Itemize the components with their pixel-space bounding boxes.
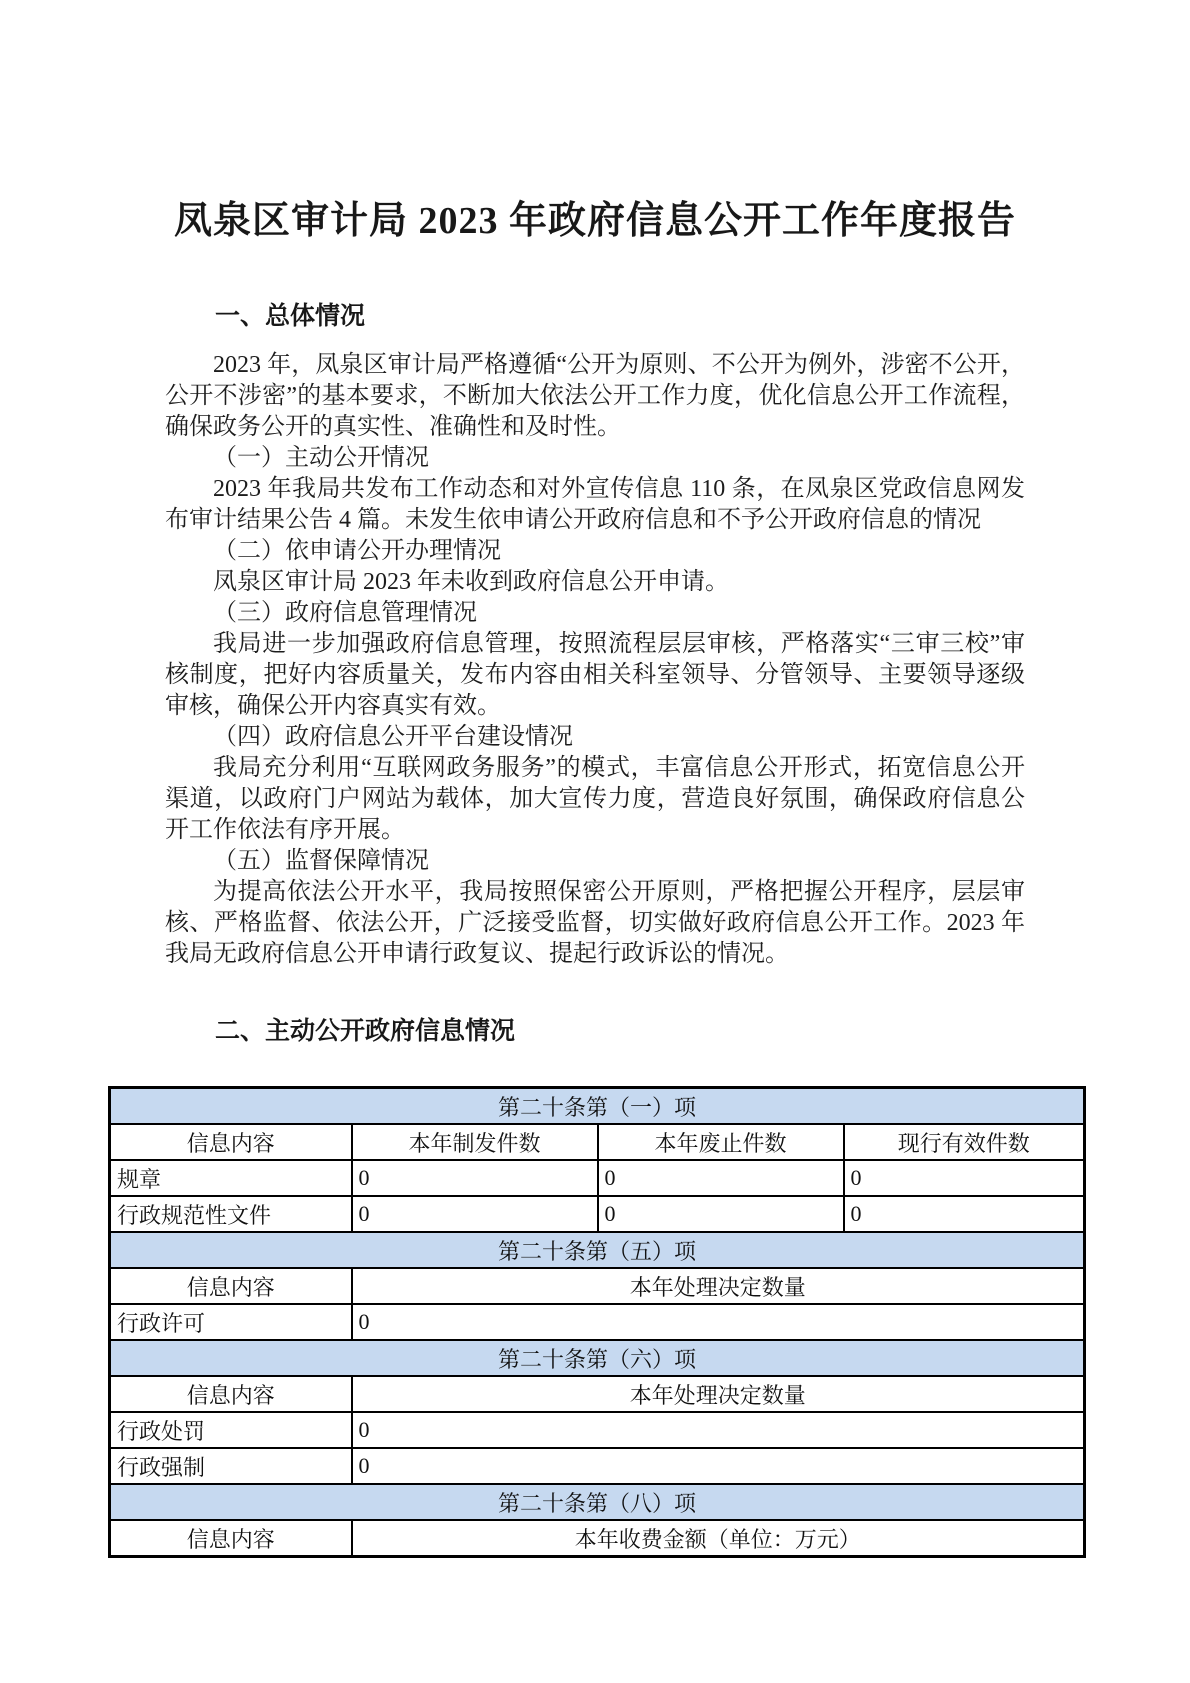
cell-value: 0 bbox=[844, 1196, 1085, 1232]
column-header: 信息内容 bbox=[110, 1376, 352, 1412]
table-band-row: 第二十条第（五）项 bbox=[110, 1232, 1085, 1268]
cell-value: 0 bbox=[598, 1160, 844, 1196]
table-row: 行政规范性文件 0 0 0 bbox=[110, 1196, 1085, 1232]
paragraph-overview-intro: 2023 年，凤泉区审计局严格遵循“公开为原则、不公开为例外，涉密不公开，公开不… bbox=[165, 350, 1025, 443]
cell-value: 0 bbox=[352, 1448, 1085, 1484]
subheading-proactive-disclosure: （一）主动公开情况 bbox=[165, 443, 1025, 474]
subheading-platform-construction: （四）政府信息公开平台建设情况 bbox=[165, 722, 1025, 753]
document-body: 一、总体情况 2023 年，凤泉区审计局严格遵循“公开为原则、不公开为例外，涉密… bbox=[165, 299, 1025, 1048]
cell-value: 0 bbox=[598, 1196, 844, 1232]
table-band-row: 第二十条第（六）项 bbox=[110, 1340, 1085, 1376]
table-row: 行政许可 0 bbox=[110, 1304, 1085, 1340]
table-section-title: 第二十条第（五）项 bbox=[110, 1232, 1085, 1268]
row-label: 行政强制 bbox=[110, 1448, 352, 1484]
table-header-row: 信息内容 本年制发件数 本年废止件数 现行有效件数 bbox=[110, 1124, 1085, 1160]
column-header: 信息内容 bbox=[110, 1520, 352, 1557]
row-label: 行政处罚 bbox=[110, 1412, 352, 1448]
cell-value: 0 bbox=[352, 1304, 1085, 1340]
subheading-info-management: （三）政府信息管理情况 bbox=[165, 598, 1025, 629]
table-section-title: 第二十条第（六）项 bbox=[110, 1340, 1085, 1376]
document-page: 凤泉区审计局 2023 年政府信息公开工作年度报告 一、总体情况 2023 年，… bbox=[0, 0, 1190, 1683]
paragraph-platform-construction: 我局充分利用“互联网政务服务”的模式，丰富信息公开形式，拓宽信息公开渠道，以政府… bbox=[165, 753, 1025, 846]
section-heading-overview: 一、总体情况 bbox=[165, 299, 1025, 333]
paragraph-proactive-disclosure: 2023 年我局共发布工作动态和对外宣传信息 110 条，在凤泉区党政信息网发布… bbox=[165, 474, 1025, 536]
cell-value: 0 bbox=[352, 1196, 598, 1232]
column-header: 信息内容 bbox=[110, 1268, 352, 1304]
row-label: 行政许可 bbox=[110, 1304, 352, 1340]
table-section-title: 第二十条第（一）项 bbox=[110, 1088, 1085, 1125]
document-title: 凤泉区审计局 2023 年政府信息公开工作年度报告 bbox=[0, 0, 1190, 246]
table-row: 行政强制 0 bbox=[110, 1448, 1085, 1484]
subheading-request-handling: （二）依申请公开办理情况 bbox=[165, 536, 1025, 567]
row-label: 行政规范性文件 bbox=[110, 1196, 352, 1232]
table-row: 规章 0 0 0 bbox=[110, 1160, 1085, 1196]
table-header-row: 信息内容 本年收费金额（单位：万元） bbox=[110, 1520, 1085, 1557]
row-label: 规章 bbox=[110, 1160, 352, 1196]
table-header-row: 信息内容 本年处理决定数量 bbox=[110, 1268, 1085, 1304]
table-header-row: 信息内容 本年处理决定数量 bbox=[110, 1376, 1085, 1412]
column-header: 本年收费金额（单位：万元） bbox=[352, 1520, 1085, 1557]
table-band-row: 第二十条第（八）项 bbox=[110, 1484, 1085, 1520]
column-header: 现行有效件数 bbox=[844, 1124, 1085, 1160]
column-header: 信息内容 bbox=[110, 1124, 352, 1160]
table-row: 行政处罚 0 bbox=[110, 1412, 1085, 1448]
paragraph-request-handling: 凤泉区审计局 2023 年未收到政府信息公开申请。 bbox=[165, 567, 1025, 598]
cell-value: 0 bbox=[844, 1160, 1085, 1196]
table-band-row: 第二十条第（一）项 bbox=[110, 1088, 1085, 1125]
section-heading-proactive-info: 二、主动公开政府信息情况 bbox=[165, 1014, 1025, 1048]
subheading-supervision: （五）监督保障情况 bbox=[165, 846, 1025, 877]
paragraph-supervision: 为提高依法公开水平，我局按照保密公开原则，严格把握公开程序，层层审核、严格监督、… bbox=[165, 877, 1025, 970]
column-header: 本年制发件数 bbox=[352, 1124, 598, 1160]
cell-value: 0 bbox=[352, 1412, 1085, 1448]
column-header: 本年处理决定数量 bbox=[352, 1268, 1085, 1304]
cell-value: 0 bbox=[352, 1160, 598, 1196]
column-header: 本年废止件数 bbox=[598, 1124, 844, 1160]
paragraph-info-management: 我局进一步加强政府信息管理，按照流程层层审核，严格落实“三审三校”审核制度，把好… bbox=[165, 629, 1025, 722]
column-header: 本年处理决定数量 bbox=[352, 1376, 1085, 1412]
table-section-title: 第二十条第（八）项 bbox=[110, 1484, 1085, 1520]
disclosure-statistics-table: 第二十条第（一）项 信息内容 本年制发件数 本年废止件数 现行有效件数 规章 0… bbox=[108, 1086, 1086, 1558]
